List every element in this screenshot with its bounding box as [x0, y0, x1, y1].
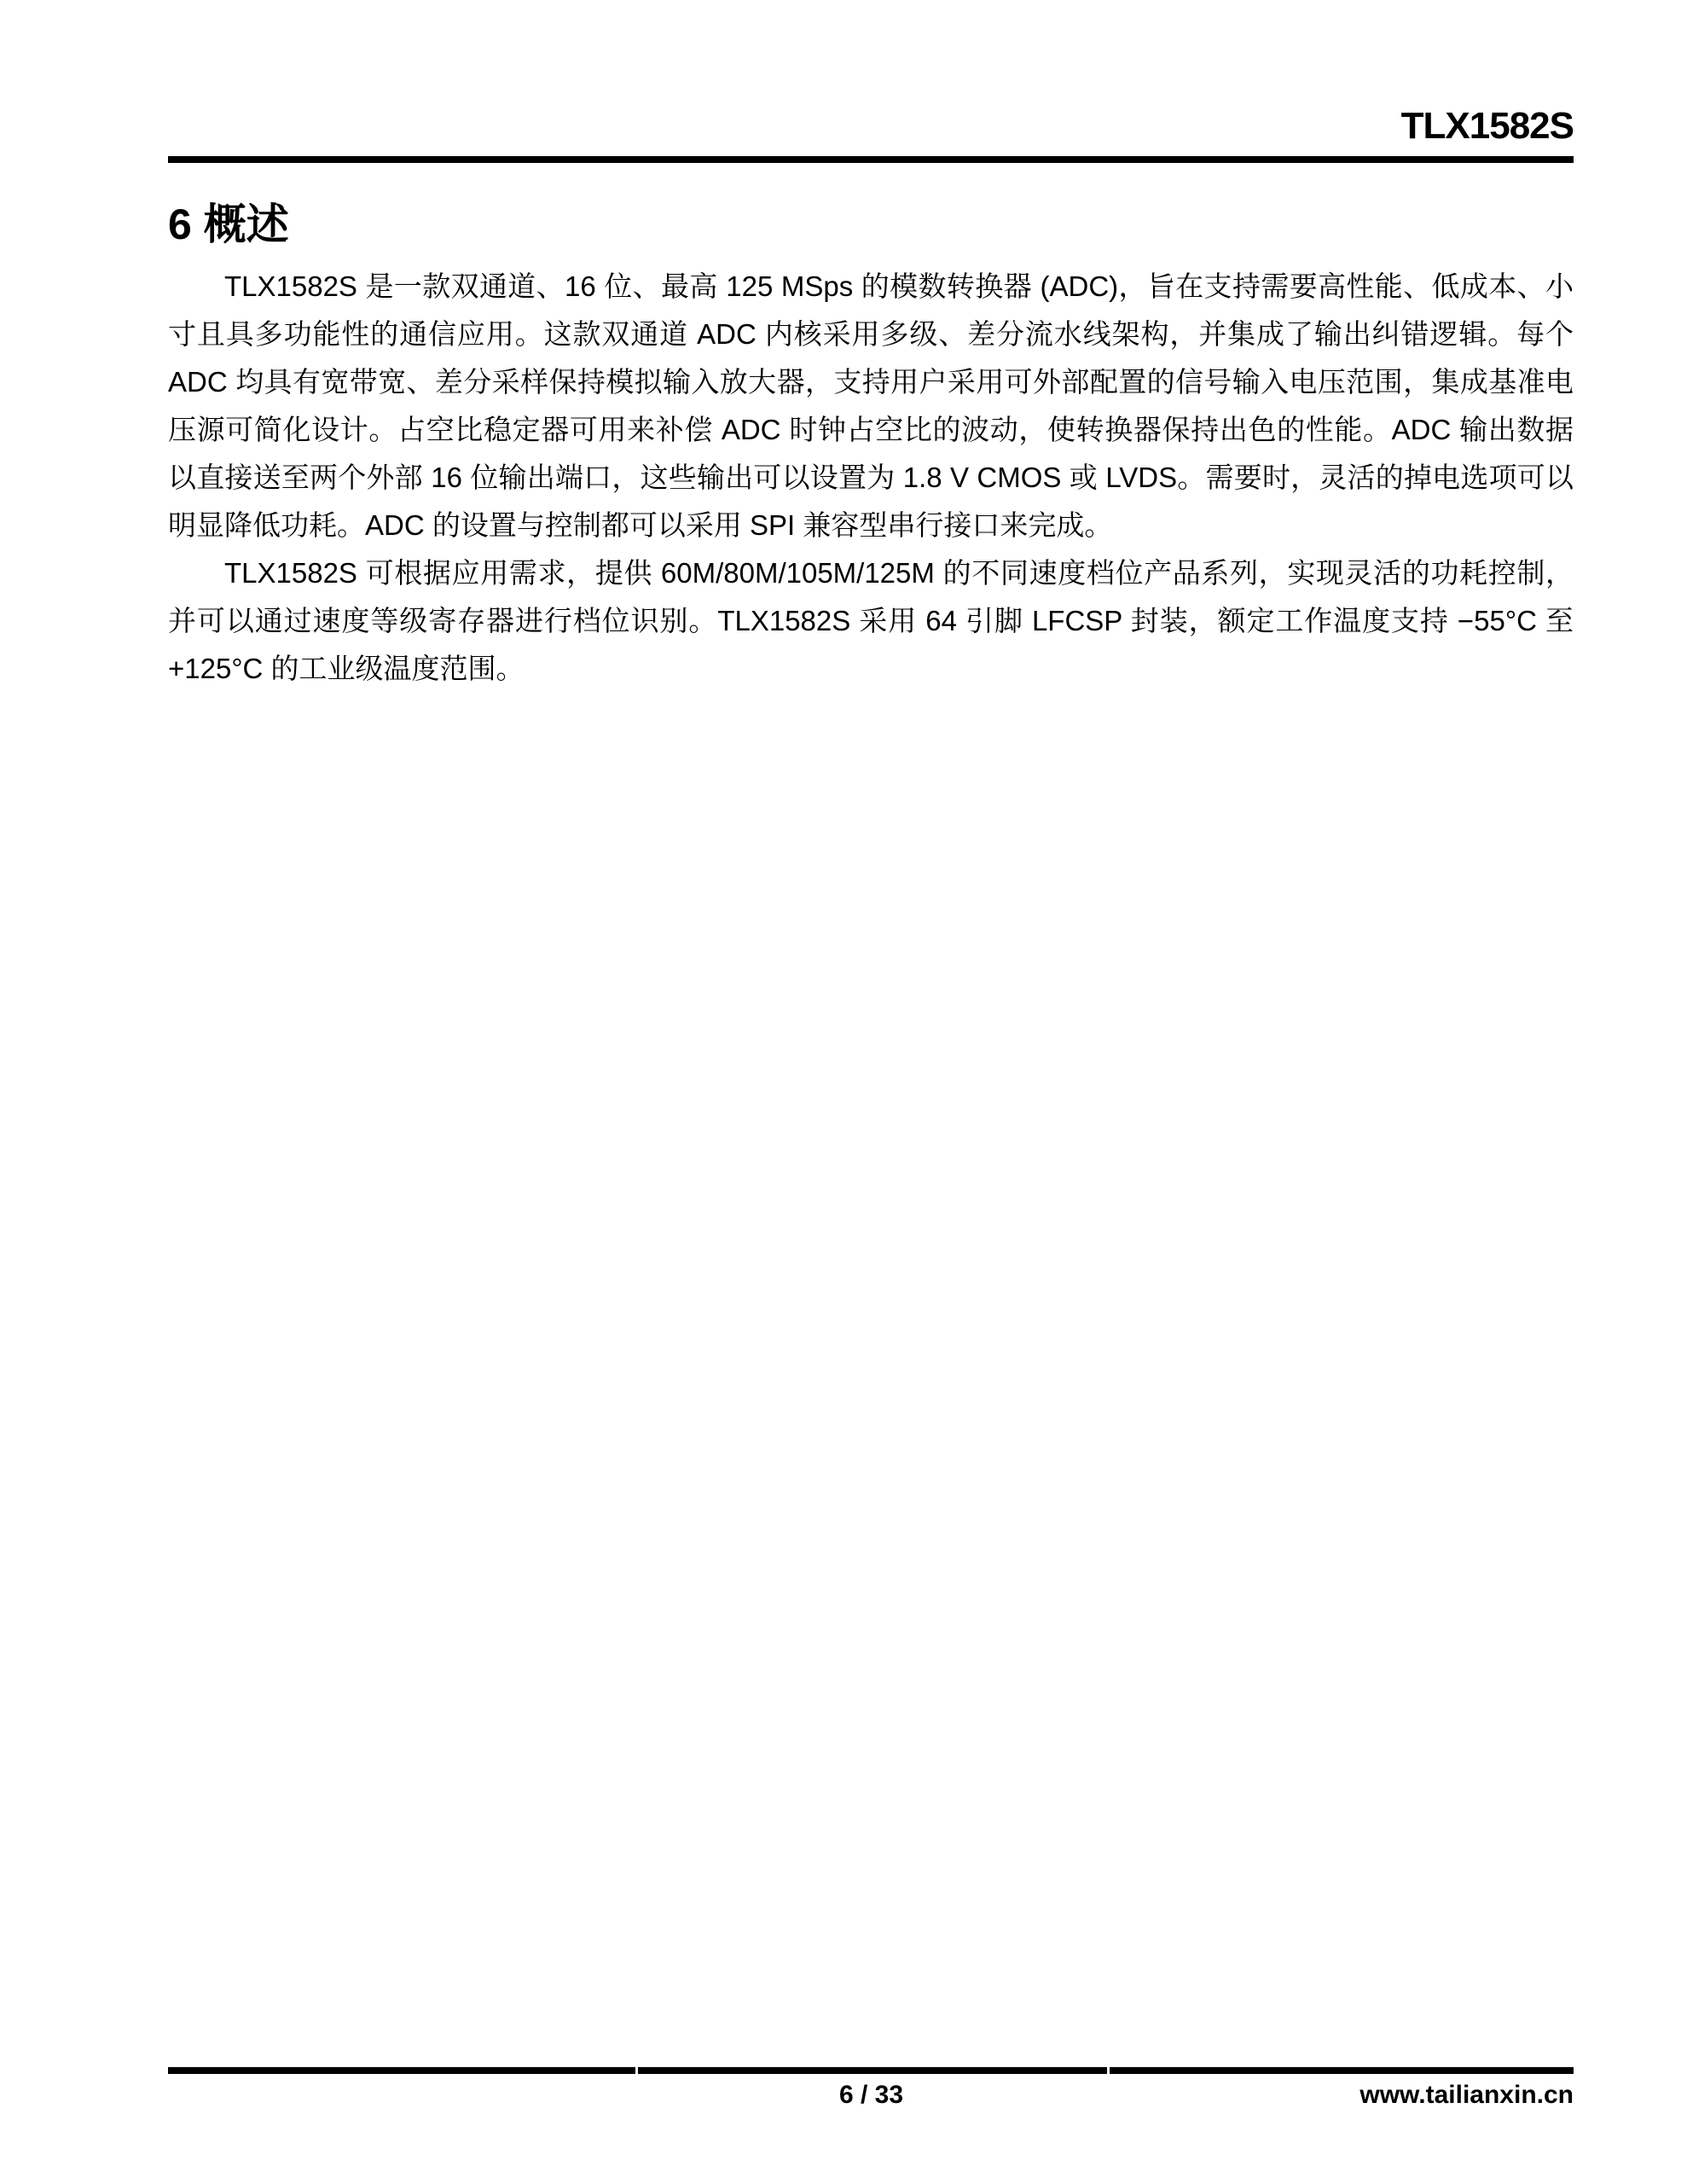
paragraph-line: 压源可简化设计。占空比稳定器可用来补偿 ADC 时钟占空比的波动，使转换器保持出… — [168, 406, 1574, 454]
footer-rule-segment — [168, 2067, 635, 2074]
section-heading: 6 概述 — [168, 198, 289, 251]
paragraph-line: 并可以通过速度等级寄存器进行档位识别。TLX1582S 采用 64 引脚 LFC… — [168, 597, 1574, 645]
header-rule — [168, 156, 1574, 163]
page-number: 6 / 33 — [635, 2079, 1107, 2111]
datasheet-page: TLX1582S 6 概述 TLX1582S 是一款双通道、16 位、最高 12… — [0, 0, 1687, 2184]
paragraph-line: 寸且具多功能性的通信应用。这款双通道 ADC 内核采用多级、差分流水线架构，并集… — [168, 311, 1574, 358]
body-text: TLX1582S 是一款双通道、16 位、最高 125 MSps 的模数转换器 … — [168, 263, 1574, 693]
paragraph-line: +125°C 的工业级温度范围。 — [168, 645, 1574, 693]
footer-spacer — [168, 2079, 635, 2111]
footer: 6 / 33 www.tailianxin.cn — [168, 2079, 1574, 2111]
website-link[interactable]: www.tailianxin.cn — [1359, 2081, 1574, 2109]
paragraph-line: TLX1582S 可根据应用需求，提供 60M/80M/105M/125M 的不… — [168, 549, 1574, 597]
paragraph-line: 明显降低功耗。ADC 的设置与控制都可以采用 SPI 兼容型串行接口来完成。 — [168, 502, 1574, 549]
footer-rule — [168, 2067, 1574, 2074]
document-title: TLX1582S — [1401, 106, 1574, 147]
paragraph-line: TLX1582S 是一款双通道、16 位、最高 125 MSps 的模数转换器 … — [168, 263, 1574, 311]
paragraph-line: 以直接送至两个外部 16 位输出端口，这些输出可以设置为 1.8 V CMOS … — [168, 454, 1574, 502]
footer-rule-segment — [638, 2067, 1107, 2074]
footer-rule-segment — [1110, 2067, 1574, 2074]
paragraph-line: ADC 均具有宽带宽、差分采样保持模拟输入放大器，支持用户采用可外部配置的信号输… — [168, 358, 1574, 406]
